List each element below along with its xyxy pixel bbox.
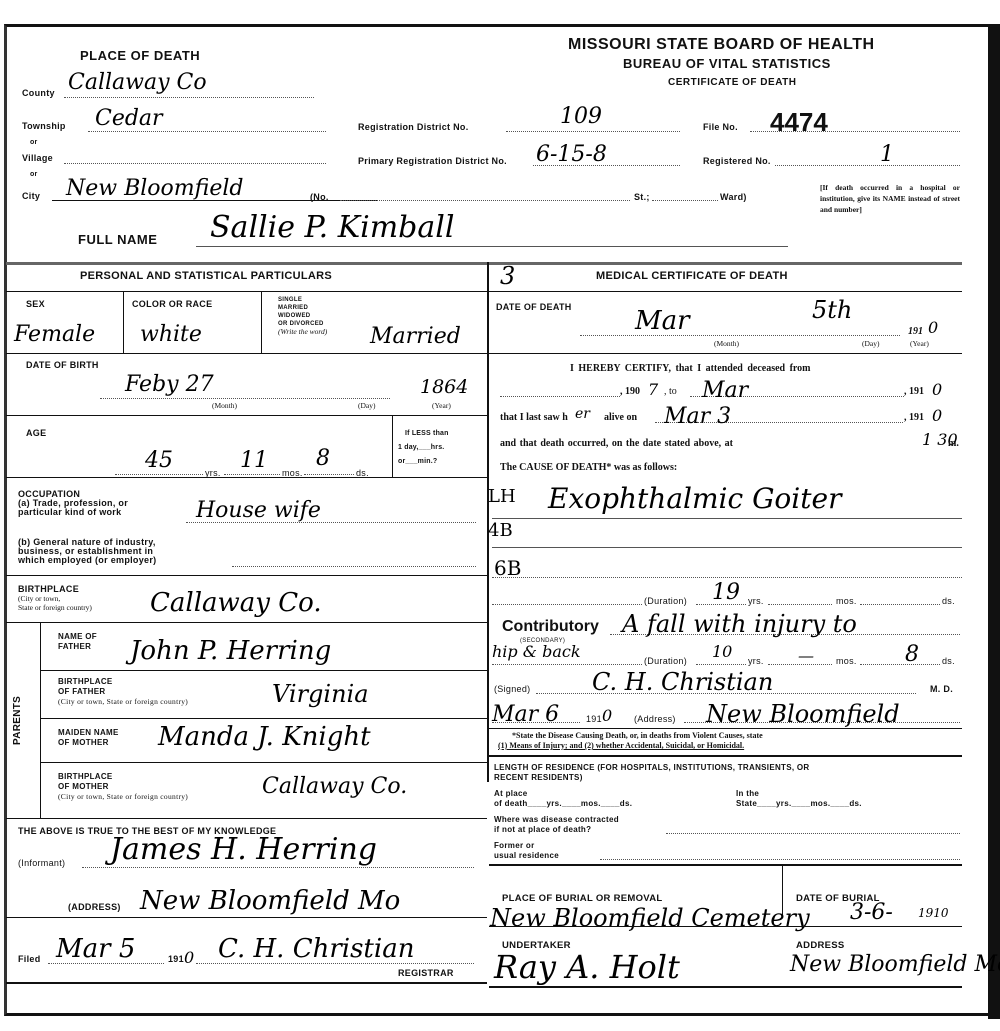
father-name-value: John P. Herring — [130, 636, 331, 666]
dod-day: 5th — [812, 296, 852, 324]
contributory-value-2: hip & back — [492, 642, 581, 661]
age-years: 45 — [145, 448, 173, 473]
township-label: Township — [22, 121, 66, 131]
industry-label: (b) General nature of industry, business… — [18, 538, 156, 565]
signed-date: Mar 6 — [492, 702, 559, 727]
full-name-label: FULL NAME — [78, 232, 157, 247]
street-number-label: (No. — [310, 192, 329, 202]
filed-label: Filed — [18, 954, 41, 964]
cause-code-2: 4B — [488, 520, 513, 541]
burial-place-label: PLACE OF BURIAL OR REMOVAL — [502, 893, 663, 904]
filed-year: 0 — [184, 948, 194, 967]
birthplace-value: Callaway Co. — [150, 588, 322, 618]
registrar-signature: C. H. Christian — [218, 934, 414, 964]
scan-border — [988, 24, 1000, 1019]
county-label: County — [22, 88, 55, 98]
signed-year: 0 — [602, 706, 612, 725]
certify-text: I HEREBY CERTIFY, that I attended deceas… — [570, 363, 811, 374]
registration-district-value: 109 — [560, 104, 602, 129]
doctor-address-value: New Bloomfield — [706, 700, 900, 728]
full-name-value: Sallie P. Kimball — [210, 210, 454, 245]
age-label: AGE — [26, 428, 46, 438]
burial-date-value: 3-6- — [850, 900, 893, 925]
margin-number: 3 — [500, 262, 515, 290]
cause-value: Exophthalmic Goiter — [548, 482, 841, 515]
contributory-value: A fall with injury to — [622, 610, 857, 638]
former-residence: Former or usual residence — [494, 841, 559, 861]
parents-label: PARENTS — [12, 696, 23, 745]
primary-registration-label: Primary Registration District No. — [358, 156, 507, 166]
registered-no-value: 1 — [880, 142, 894, 167]
informant-address-label: (ADDRESS) — [68, 902, 121, 912]
street-label: St.; — [634, 192, 650, 202]
doctor-address-label: (Address) — [634, 714, 676, 724]
or-label: or — [30, 171, 37, 178]
informant-address-value: New Bloomfield Mo — [140, 886, 400, 916]
father-name-label: NAME OF FATHER — [58, 632, 97, 652]
registered-no-label: Registered No. — [703, 156, 771, 166]
last-saw-year: 0 — [932, 406, 942, 425]
father-birthplace-value: Virginia — [272, 680, 369, 708]
occupation-value: House wife — [196, 498, 321, 523]
personal-heading: PERSONAL AND STATISTICAL PARTICULARS — [80, 270, 332, 282]
color-label: COLOR OR RACE — [132, 299, 212, 309]
burial-place-value: New Bloomfield Cemetery — [490, 904, 810, 932]
marital-status-labels: SINGLE MARRIED WIDOWED OR DIVORCED (Writ… — [278, 296, 327, 336]
file-no-value: 4474 — [770, 107, 828, 138]
informant-value: James H. Herring — [110, 832, 377, 867]
certify-from-year: 7 — [648, 380, 658, 399]
occupation-label: OCCUPATION (a) Trade, profession, or par… — [18, 490, 128, 517]
father-birthplace-label: BIRTHPLACE OF FATHER (City or town, Stat… — [58, 677, 188, 707]
certificate-title: CERTIFICATE OF DEATH — [668, 77, 797, 88]
village-label: Village — [22, 153, 53, 163]
city-value: New Bloomfield — [66, 176, 243, 201]
file-no-label: File No. — [703, 122, 738, 132]
dod-label: DATE OF DEATH — [496, 302, 572, 312]
age-days: 8 — [316, 446, 330, 471]
bureau-title: BUREAU OF VITAL STATISTICS — [623, 56, 831, 71]
undertaker-address-value: New Bloomfield Mo — [790, 952, 1000, 977]
burial-year: 1910 — [918, 906, 949, 920]
birthplace-label: BIRTHPLACE — [18, 584, 79, 594]
in-the-state: In the State____yrs.____mos.____ds. — [736, 789, 862, 809]
informant-label: (Informant) — [18, 858, 65, 868]
primary-registration-value: 6-15-8 — [536, 142, 607, 167]
board-title: MISSOURI STATE BOARD OF HEALTH — [568, 36, 875, 54]
md-label: M. D. — [930, 684, 953, 694]
undertaker-address-label: ADDRESS — [796, 940, 845, 951]
duration-years: 19 — [712, 580, 740, 605]
hospital-note: [If death occurred in a hospital or inst… — [820, 182, 960, 215]
dob-label: DATE OF BIRTH — [26, 360, 99, 370]
cause-label: The CAUSE OF DEATH* was as follows: — [500, 462, 677, 473]
mother-birthplace-value: Callaway Co. — [262, 774, 407, 799]
contributory-label: Contributory — [502, 618, 599, 636]
residence-heading: LENGTH OF RESIDENCE (FOR HOSPITALS, INST… — [494, 763, 810, 783]
mother-birthplace-label: BIRTHPLACE OF MOTHER (City or town, Stat… — [58, 772, 188, 802]
dob-month-day: Feby 27 — [125, 372, 214, 397]
marital-status-value: Married — [370, 324, 461, 349]
contrib-duration-years: 10 — [712, 642, 732, 661]
certify-to-year: 0 — [932, 380, 942, 399]
county-value: Callaway Co — [68, 70, 207, 95]
footnote: *State the Disease Causing Death, or, in… — [498, 731, 763, 751]
or-label: or — [30, 139, 37, 146]
city-label: City — [22, 191, 40, 201]
sex-label: SEX — [26, 299, 45, 309]
mother-name-value: Manda J. Knight — [158, 722, 371, 752]
color-value: white — [140, 322, 202, 347]
duration-label: (Duration) — [644, 596, 687, 606]
signed-value: C. H. Christian — [592, 668, 773, 696]
registrar-label: REGISTRAR — [398, 968, 454, 978]
dod-month: Mar — [635, 306, 690, 336]
registration-district-label: Registration District No. — [358, 122, 469, 132]
cause-code-1: LH — [488, 486, 516, 507]
place-of-death-heading: PLACE OF DEATH — [80, 48, 200, 63]
dod-year: 0 — [928, 318, 938, 337]
mother-name-label: MAIDEN NAME OF MOTHER — [58, 728, 119, 748]
sex-value: Female — [14, 322, 95, 347]
at-place-of-death: At place of death____yrs.____mos.____ds. — [494, 789, 632, 809]
last-saw-pronoun: er — [575, 406, 590, 422]
undertaker-value: Ray A. Holt — [494, 948, 680, 986]
filed-date: Mar 5 — [56, 934, 135, 964]
contrib-duration-months: — — [798, 646, 814, 665]
ward-label: Ward) — [720, 192, 747, 202]
certify-to-value: Mar — [702, 378, 748, 403]
where-contracted: Where was disease contracted if not at p… — [494, 815, 619, 835]
medical-heading: MEDICAL CERTIFICATE OF DEATH — [596, 270, 788, 282]
last-saw-value: Mar 3 — [664, 404, 731, 429]
signed-label: (Signed) — [494, 684, 530, 694]
township-value: Cedar — [95, 106, 163, 131]
dob-year: 1864 — [420, 376, 468, 398]
age-months: 11 — [240, 448, 268, 473]
